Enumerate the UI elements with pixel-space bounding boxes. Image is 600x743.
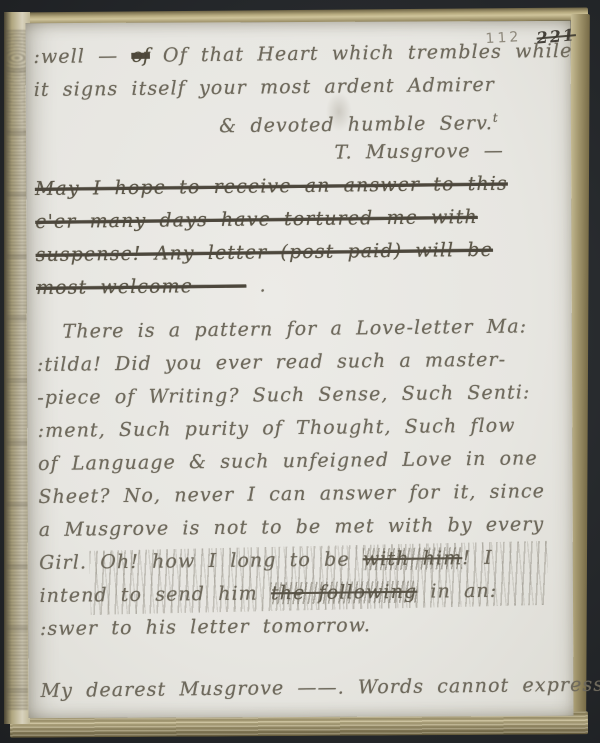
ghost-text-strip: [6, 30, 28, 710]
manuscript-line-deleted: May I hope to receive an answer to this: [35, 167, 563, 206]
manuscript-photo: 112 221 :well — of Of that Heart which t…: [0, 0, 600, 743]
hatched-deletion: with him: [363, 547, 463, 570]
manuscript-line: My dearest Musgrove ——. Words cannot exp…: [40, 669, 568, 708]
hatched-deletion: the following: [271, 581, 418, 605]
manuscript-line-deleted: most welcome —— .: [36, 266, 564, 305]
handwritten-text: :well — of Of that Heart which trembles …: [33, 35, 569, 708]
manuscript-line: :swer to his letter tomorrow.: [40, 607, 568, 646]
manuscript-line-deleted: suspense! Any letter (post paid) will be: [35, 233, 563, 272]
manuscript-page: 112 221 :well — of Of that Heart which t…: [25, 21, 573, 718]
deleted-word: of: [131, 45, 150, 67]
manuscript-line: intend to send him the following in an:: [39, 574, 567, 613]
